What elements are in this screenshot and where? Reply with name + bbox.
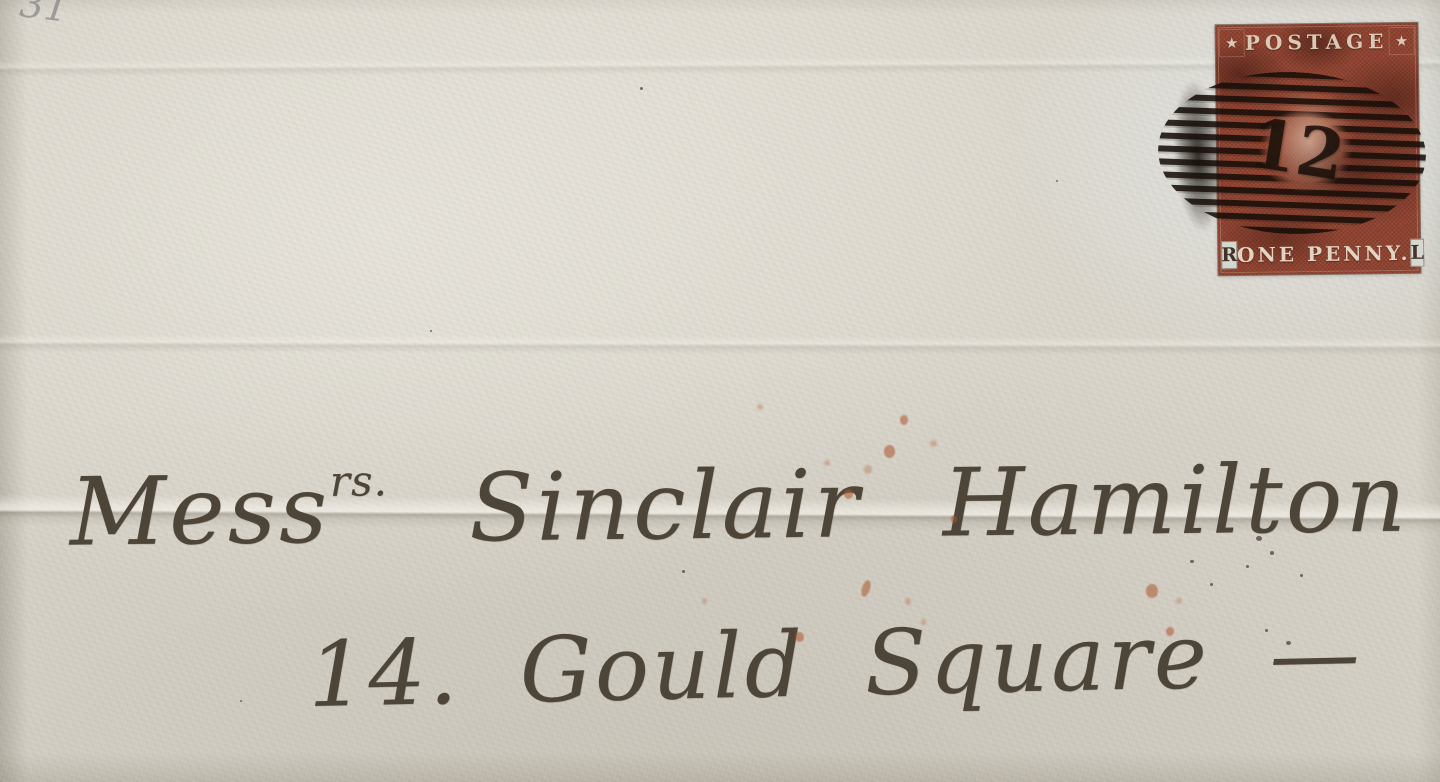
- ink-speck: [430, 330, 432, 332]
- address-name: Sinclair Hamilton &: [468, 443, 1440, 564]
- pencil-number: 31: [17, 0, 70, 31]
- cancellation-numeral: 12: [1234, 86, 1360, 214]
- stamp-bottom-band: R ONE PENNY. L: [1221, 236, 1417, 272]
- star-ornament-icon: ★: [1219, 29, 1246, 57]
- address-line-1: Messrs. Sinclair Hamilton &o: [69, 441, 1440, 614]
- scanned-envelope: 31 ★ POSTAGE ★ R ONE PENNY. L 12 Messrs.…: [0, 0, 1440, 782]
- paper-crease-upper: [0, 334, 1440, 356]
- rust-stain: [757, 404, 763, 410]
- stamp-denomination-label: ONE PENNY.: [1237, 241, 1411, 267]
- rust-stain: [900, 415, 908, 425]
- ink-speck: [1056, 180, 1058, 182]
- address-salutation: Mess: [69, 456, 330, 568]
- stamp-corner-letter-l: L: [1410, 239, 1424, 267]
- stamp-postage-label: POSTAGE: [1245, 29, 1389, 55]
- address-salutation-superscript: rs.: [330, 456, 388, 506]
- ink-speck: [240, 700, 242, 702]
- address-line-2: 14. Gould Square —: [307, 601, 1364, 728]
- stamp-top-band: ★ POSTAGE ★: [1219, 26, 1415, 58]
- rust-stain: [930, 440, 937, 447]
- stamp-corner-letter-r: R: [1221, 241, 1237, 269]
- ink-speck: [640, 87, 643, 90]
- star-ornament-icon: ★: [1388, 27, 1415, 55]
- stamp-and-cancel-area: ★ POSTAGE ★ R ONE PENNY. L 12: [1150, 0, 1440, 310]
